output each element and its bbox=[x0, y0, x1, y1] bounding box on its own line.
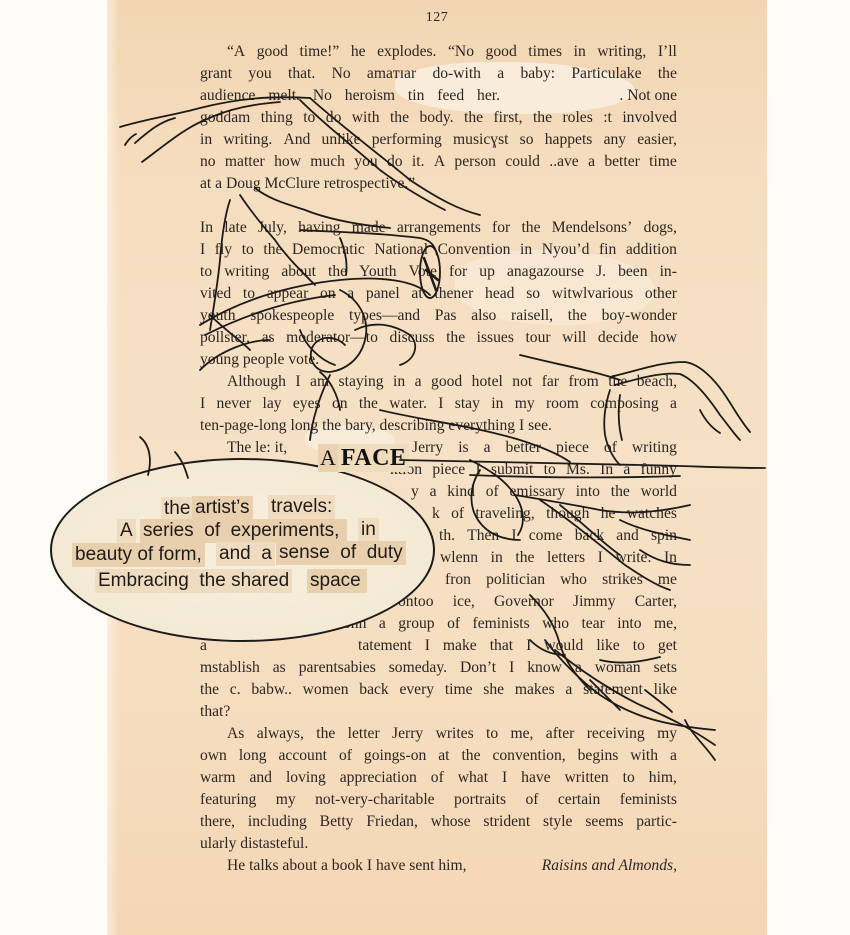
poem-clip: space bbox=[307, 569, 367, 593]
poem-clip: travels: bbox=[268, 495, 335, 519]
text-line-20: yakindofemissaryintotheworld bbox=[411, 481, 677, 503]
poem-clip: and a bbox=[216, 542, 275, 566]
text-line-4: goddamthingtodowiththebody.thefirst,ther… bbox=[200, 107, 677, 129]
text-line-6: nomatterhowmuchyoudoit.Apersoncould..ave… bbox=[200, 151, 677, 173]
text-line-27b: tatementImakethatIwouldliketoget bbox=[358, 635, 677, 657]
text-line-23: wlenninthelettersIwrite.In bbox=[440, 547, 677, 569]
text-line-14: young people vote. bbox=[200, 349, 677, 371]
text-line-13: pollster,asmoderator—todiscusstheissuest… bbox=[200, 327, 677, 349]
text-line-31: Asalways,theletterJerrywritestome,afterr… bbox=[227, 723, 677, 745]
face-clipping: A FACE bbox=[318, 442, 409, 472]
poem-clip: beauty of form, bbox=[72, 543, 205, 567]
text-line-22: th.ThenIcomebackandspin bbox=[439, 525, 677, 547]
text-line-5: inwriting.Andunlikeperformingmusicɣstsoh… bbox=[200, 129, 677, 151]
text-line-24: fronpoliticianwhostrikesme bbox=[445, 569, 677, 591]
text-line-7: at a Doug McClure retrospective.” bbox=[200, 173, 677, 195]
page-number: 127 bbox=[107, 10, 767, 26]
text-line-35: there,includingBettyFriedan,whosestriden… bbox=[200, 811, 677, 833]
poem-clip: Embracing the shared bbox=[95, 569, 292, 593]
text-line-26: onhagroupoffeministswhotearintome, bbox=[343, 613, 677, 635]
text-line-25: ontooice,GovernorJimmyCarter, bbox=[398, 591, 677, 613]
face-clip-word: FACE bbox=[338, 444, 410, 472]
text-line-9: IflytotheDemocraticNationalConventioninN… bbox=[200, 239, 677, 261]
text-line-29: thec.babw..womenbackeverytimeshemakesast… bbox=[200, 679, 677, 701]
text-line-2: grantyouthat.Noamaᴛɪardo-withababy:Parti… bbox=[200, 63, 677, 85]
poem-clip: series of experiments, bbox=[140, 519, 347, 543]
poem-clip: the bbox=[161, 497, 193, 521]
text-line-33: warmandlovingappreciationofwhatIhavewrit… bbox=[200, 767, 677, 789]
text-line-18b: Jerryisabetterpieceofwriting bbox=[412, 437, 677, 459]
text-line-17: ten-page-long long the bary, describing … bbox=[200, 415, 677, 437]
poem-clip: A bbox=[117, 519, 136, 543]
text-line-8: InlateJuly,havingmadearrangementsfortheM… bbox=[200, 217, 677, 239]
text-line-36: ularly distasteful. bbox=[200, 833, 677, 855]
text-line-12: youthspokespeopletypes—andPasalsoraisell… bbox=[200, 305, 677, 327]
text-line-28: mstablishasparentsabiessomeday.Don’tIkno… bbox=[200, 657, 677, 679]
text-line-34: featuringmynot-very-charitableportraitso… bbox=[200, 789, 677, 811]
text-line-3b: . Not one bbox=[610, 85, 677, 107]
poem-clip: artist’s bbox=[192, 496, 253, 520]
text-line-16: Ineverlayeyesonthewater.Istayinmyroomcom… bbox=[200, 393, 677, 415]
poem-clip: in bbox=[358, 518, 379, 542]
text-line-18a: The le: it, bbox=[227, 437, 307, 459]
text-line-3a: audiencemelt.Noheroismtinfeedher. bbox=[200, 85, 500, 107]
face-clip-prefix: A bbox=[318, 444, 338, 472]
text-line-1: “Agoodtime!”heexplodes.“Nogoodtimesinwri… bbox=[227, 41, 677, 63]
text-line-19: ktionpieceIsubmittoMs.Inafunny bbox=[390, 459, 677, 481]
text-line-11: vitedtoappearonapanelatthenerheadsowitwl… bbox=[200, 283, 677, 305]
text-line-30: that? bbox=[200, 701, 677, 723]
text-line-10: towritingabouttheYouthVoteforupanagazour… bbox=[200, 261, 677, 283]
text-line-37: He talks about a book I have sent him,Ra… bbox=[227, 855, 677, 877]
text-line-32: ownlongaccountofgoings-onattheconvention… bbox=[200, 745, 677, 767]
text-line-21: koftraveling,thoughhewatches bbox=[432, 503, 677, 525]
text-line-15: AlthoughIamstayinginagoodhotelnotfarfrom… bbox=[227, 371, 677, 393]
poem-clip: sense of duty bbox=[276, 541, 406, 565]
